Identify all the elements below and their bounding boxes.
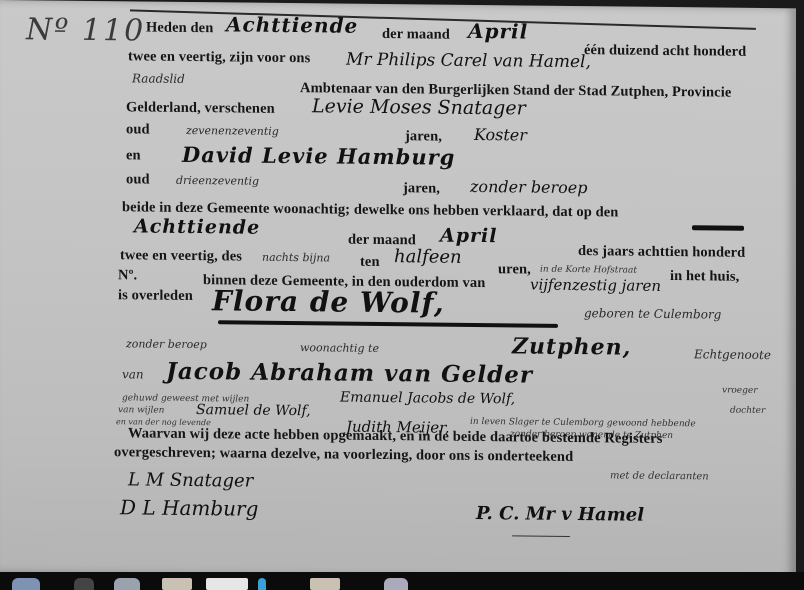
handwritten-month: April [468,19,528,44]
handwritten-declarant1: Levie Moses Snatager [312,95,526,119]
handwritten-official-name: Mr Philips Carel van Hamel, [346,50,591,73]
printed-text: twee en veertig, des [120,247,242,265]
taskbar-photo2-icon[interactable] [310,578,340,590]
printed-text: oud [126,121,150,138]
handwritten-declarant2-occupation: zonder beroep [470,177,588,197]
handwritten-declarant1-age: zevenenzeventig [186,124,279,138]
handwritten-official-title: Raadslid [132,71,185,86]
handwritten-text: woonachtig te [300,341,379,355]
handwritten-text: Echtgenoote [694,347,771,362]
printed-text: overgeschreven; waarna dezelve, na voorl… [114,444,573,466]
handwritten-text: van wijlen [118,405,164,415]
handwritten-declarant1-occupation: Koster [474,125,527,145]
printed-text: en [126,147,141,164]
printed-text: ten [360,254,380,271]
handwritten-text: dochter [730,406,765,416]
handwritten-age: vijfenzestig jaren [530,276,661,295]
handwritten-death-month: April [440,225,497,248]
signature-underline [512,535,570,537]
handwritten-previous-spouse: Emanuel Jacobs de Wolf, [340,390,515,408]
handwritten-text: vroeger [722,386,758,396]
handwritten-time: nachts bijna [262,251,330,265]
handwritten-location: in de Korte Hofstraat [540,265,637,276]
name-underline [218,320,558,328]
signature-official: P. C. Mr v Hamel [476,503,644,526]
handwritten-text: in leven Slager te Culemborg gewoond heb… [470,417,696,429]
taskbar-photo-icon[interactable] [162,578,192,590]
printed-text: is overleden [118,287,193,305]
handwritten-declarant2: David Levie Hamburg [182,142,455,170]
handwritten-residence: Zutphen, [512,333,631,360]
taskbar-circle-icon[interactable] [114,578,140,590]
taskbar-window-icon[interactable] [206,578,248,590]
record-number: Nº 110 [26,12,145,48]
taskbar-circle2-icon[interactable] [384,578,408,590]
printed-text: Heden den [146,20,213,38]
printed-text: in het huis, [670,268,739,286]
taskbar-app-icon[interactable] [74,578,94,590]
handwritten-text: zonder beroep [126,337,207,351]
os-taskbar [0,572,804,590]
printed-text: des jaars achttien honderd [578,243,745,262]
signature-declarant2: D L Hamburg [120,495,258,520]
handwritten-day: Achttiende [226,12,358,37]
taskbar-globe-icon[interactable] [12,578,40,590]
handwritten-time-hour: halfeen [394,246,462,268]
handwritten-spouse-name: Jacob Abraham van Gelder [166,358,533,389]
handwritten-closing: met de declaranten [610,470,709,482]
handwritten-birthplace: geboren te Culemborg [584,306,721,321]
handwritten-text: van [122,367,144,381]
taskbar-dot-icon[interactable] [258,578,266,590]
printed-text: Nº. [118,267,137,284]
printed-text: oud [126,171,150,188]
printed-text: jaren, [403,180,440,197]
handwritten-deceased-name: Flora de Wolf, [212,284,445,319]
signature-declarant1: L M Snatager [128,469,253,491]
printed-text: Gelderland, verschenen [126,99,275,118]
scanned-document-page: Nº 110 Heden den Achttiende der maand Ap… [0,0,796,580]
printed-text: één duizend acht honderd [584,42,746,61]
printed-text: twee en veertig, zijn voor ons [128,48,310,67]
printed-text: uren, [498,261,531,278]
printed-text: der maand [382,26,450,44]
handwritten-death-day: Achttiende [134,215,260,238]
printed-text: jaren, [405,128,442,145]
handwritten-father-name: Samuel de Wolf, [196,402,311,419]
ink-stroke [692,225,744,231]
handwritten-declarant2-age: drieenzeventig [176,174,259,188]
